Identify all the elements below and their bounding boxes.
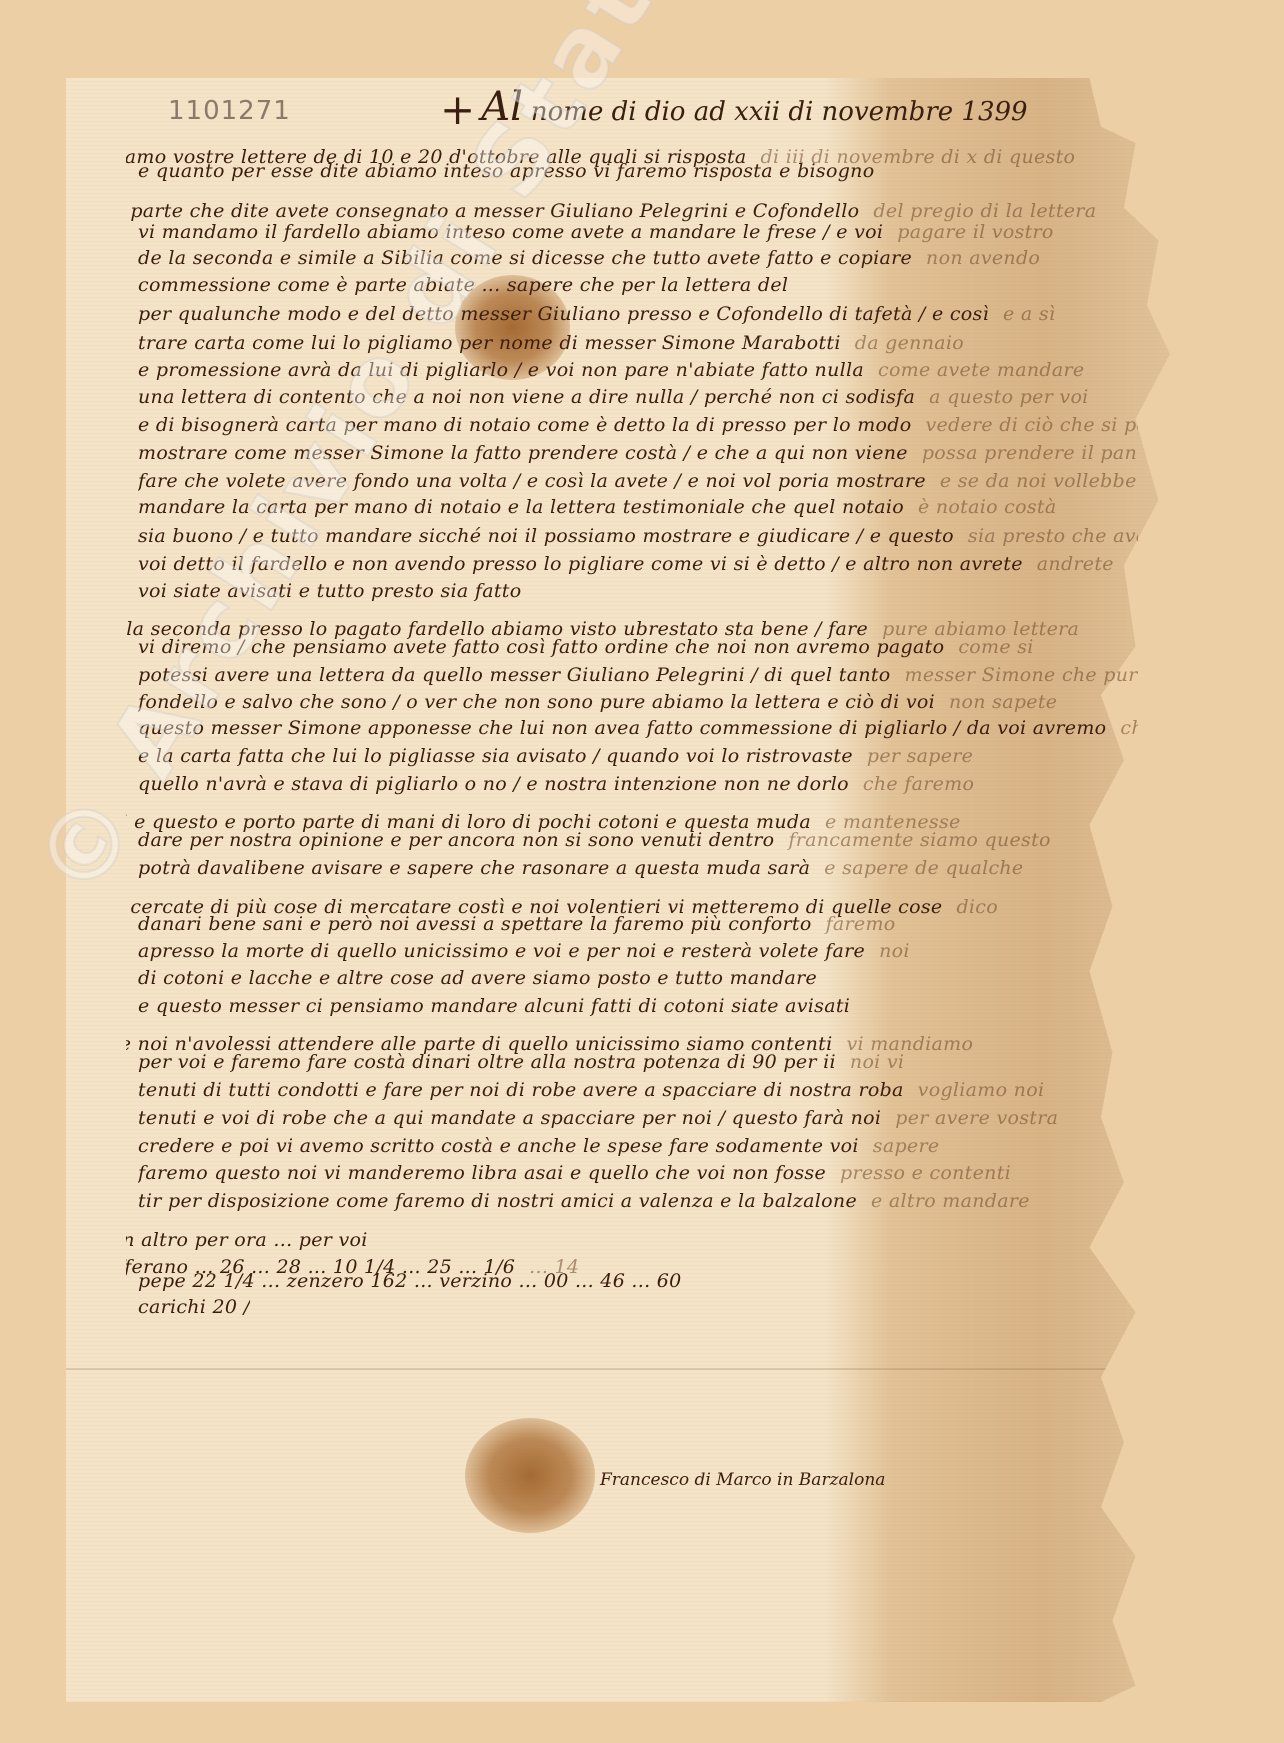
line-text: carichi 20 / [138,1296,250,1318]
text-line: carichi 20 / [138,1296,250,1318]
line-text: potrà davalibene avisare e sapere che ra… [138,857,810,879]
faded-text: per sapere [867,745,973,767]
line-text: potessi avere una lettera da quello mess… [138,664,891,686]
text-line: e la carta fatta che lui lo pigliasse si… [138,745,973,767]
faded-text: sapere [873,1135,940,1157]
text-line: danari bene sani e però noi avessi a spe… [138,913,896,935]
line-text: dare per nostra opinione e per ancora no… [138,829,774,851]
faded-text: a questo per voi [929,386,1088,408]
line-text: voi detto il fardello e non avendo press… [138,553,1023,575]
line-text: mandare la carta per mano di notaio e la… [138,496,904,518]
text-line: dare per nostra opinione e per ancora no… [138,829,1051,851]
line-text: de la seconda e simile a Sibilia come si… [138,247,912,269]
text-line: per voi e faremo fare costà dinari oltre… [138,1051,904,1073]
line-text: credere e poi vi avemo scritto costà e a… [138,1135,859,1157]
text-line: una lettera di contento che a noi non vi… [138,386,1089,408]
line-text: pepe 22 1/4 ... zenzero 162 ... verzino … [138,1270,682,1292]
faded-text: possa prendere il panno [922,442,1138,464]
faded-text: andrete [1037,553,1114,575]
faded-text: che vi si farà [1120,717,1138,739]
text-line: quello n'avrà e stava di pigliarlo o no … [138,773,974,795]
text-line: sia buono / e tutto mandare sicché noi i… [138,525,1138,547]
line-text: trare carta come lui lo pigliamo per nom… [138,332,841,354]
faded-text: sia presto che avendo [968,525,1138,547]
text-line: e di bisognerà carta per mano di notaio … [138,414,1138,436]
line-text: e quanto per esse dite abiamo inteso apr… [138,160,874,182]
text-line: tenuti di tutti condotti e fare per noi … [138,1079,1044,1101]
faded-text: come si [958,636,1033,658]
faded-text: è notaio costà [918,496,1056,518]
line-text: questo messer Simone apponesse che lui n… [138,717,1106,739]
line-text: e la carta fatta che lui lo pigliasse si… [138,745,853,767]
line-text: commessione come è parte abiate ... sape… [138,274,788,296]
faded-text: del pregio di la lettera [873,200,1096,222]
text-line: vi mandamo il fardello abiamo inteso com… [138,221,1054,243]
text-line: vi diremo / che pensiamo avete fatto cos… [138,636,1034,658]
line-text: e di bisognerà carta per mano di notaio … [138,414,911,436]
text-line: fondello e salvo che sono / o ver che no… [138,691,1057,713]
faded-text: presso e contenti [840,1162,1011,1184]
line-text: voi siate avisati e tutto presto sia fat… [138,580,521,602]
line-text: e questo messer ci pensiamo mandare alcu… [138,995,850,1017]
line-text: fare che volete avere fondo una volta / … [138,470,926,492]
line-text: una lettera di contento che a noi non vi… [138,386,915,408]
heading-text: nome di dio ad xxii di novembre 1399 [531,97,1028,127]
heading-initial: Al [481,84,523,130]
cross-icon: + [440,85,475,134]
text-line: pepe 22 1/4 ... zenzero 162 ... verzino … [138,1270,682,1292]
line-text: vi diremo / che pensiamo avete fatto cos… [138,636,944,658]
faded-text: come avete mandare [878,359,1084,381]
text-line: potrà davalibene avisare e sapere che ra… [138,857,1023,879]
line-text: fondello e salvo che sono / o ver che no… [138,691,935,713]
text-line: fare che volete avere fondo una volta / … [138,470,1137,492]
faded-text: pagare il vostro [897,221,1053,243]
faded-text: per avere vostra [895,1107,1058,1129]
wax-seal-stain-bottom [465,1418,595,1533]
line-text: e promessione avrà da lui di pigliarlo /… [138,359,864,381]
fold-crease [66,1368,1216,1370]
faded-text: vedere di ciò che si possa [925,414,1138,436]
faded-text: che faremo [863,773,974,795]
text-line: apresso la morte di quello unicissimo e … [138,940,910,962]
line-text: di cotoni e lacche e altre cose ad avere… [138,967,817,989]
text-line: trare carta come lui lo pigliamo per nom… [138,332,964,354]
text-line: potessi avere una lettera da quello mess… [138,664,1138,686]
text-line: credere e poi vi avemo scritto costà e a… [138,1135,939,1157]
faded-text: noi vi [850,1051,904,1073]
line-text: vi mandamo il fardello abiamo inteso com… [138,221,883,243]
text-line: tir per disposizione come faremo di nost… [138,1190,1030,1212]
faded-text: e se da noi vollebbe [940,470,1137,492]
line-text: per qualunche modo e del detto messer Gi… [138,303,989,325]
text-line: voi siate avisati e tutto presto sia fat… [138,580,521,602]
line-text: quello n'avrà e stava di pigliarlo o no … [138,773,849,795]
line-text: tir per disposizione come faremo di nost… [138,1190,857,1212]
faded-text: da gennaio [855,332,964,354]
faded-text: e a sì [1003,303,1055,325]
text-line: e questo messer ci pensiamo mandare alcu… [138,995,850,1017]
line-text: danari bene sani e però noi avessi a spe… [138,913,812,935]
text-line: mostrare come messer Simone la fatto pre… [138,442,1138,464]
text-line: di cotoni e lacche e altre cose ad avere… [138,967,817,989]
text-line: commessione come è parte abiate ... sape… [138,274,788,296]
line-text: per voi e faremo fare costà dinari oltre… [138,1051,836,1073]
catalog-number: 1101271 [168,96,291,126]
line-text: mostrare come messer Simone la fatto pre… [138,442,908,464]
letter-heading: +Alnome di dio ad xxii di novembre 1399 [440,84,1028,134]
text-line: de la seconda e simile a Sibilia come si… [138,247,1040,269]
text-line: Ala parte che dite avete consegnato a me… [126,190,1096,225]
text-line: questo messer Simone apponesse che lui n… [138,717,1138,739]
line-text: tenuti e voi di robe che a qui mandate a… [138,1107,881,1129]
line-text: apresso la morte di quello unicissimo e … [138,940,865,962]
line-text: tenuti di tutti condotti e fare per noi … [138,1079,904,1101]
text-line: per qualunche modo e del detto messer Gi… [138,303,1055,325]
faded-text: non sapete [949,691,1057,713]
faded-text: dico [956,896,998,918]
text-line: e quanto per esse dite abiamo inteso apr… [138,160,874,182]
text-line: mandare la carta per mano di notaio e la… [138,496,1056,518]
faded-text: e altro mandare [871,1190,1030,1212]
signature: Francesco di Marco in Barzalona [600,1470,885,1490]
text-line: voi detto il fardello e non avendo press… [138,553,1114,575]
faded-text: francamente siamo questo [788,829,1050,851]
faded-text: non avendo [926,247,1040,269]
text-line: faremo questo noi vi manderemo libra asa… [138,1162,1011,1184]
text-line: e promessione avrà da lui di pigliarlo /… [138,359,1084,381]
faded-text: noi [879,940,910,962]
faded-text: e sapere de qualche [824,857,1023,879]
line-text: sia buono / e tutto mandare sicché noi i… [138,525,954,547]
text-line: tenuti e voi di robe che a qui mandate a… [138,1107,1058,1129]
line-text: la parte che dite avete consegnato a mes… [126,200,859,222]
faded-text: messer Simone che pure [905,664,1138,686]
faded-text: faremo [826,913,896,935]
line-text: faremo questo noi vi manderemo libra asa… [138,1162,826,1184]
faded-text: vogliamo noi [918,1079,1045,1101]
